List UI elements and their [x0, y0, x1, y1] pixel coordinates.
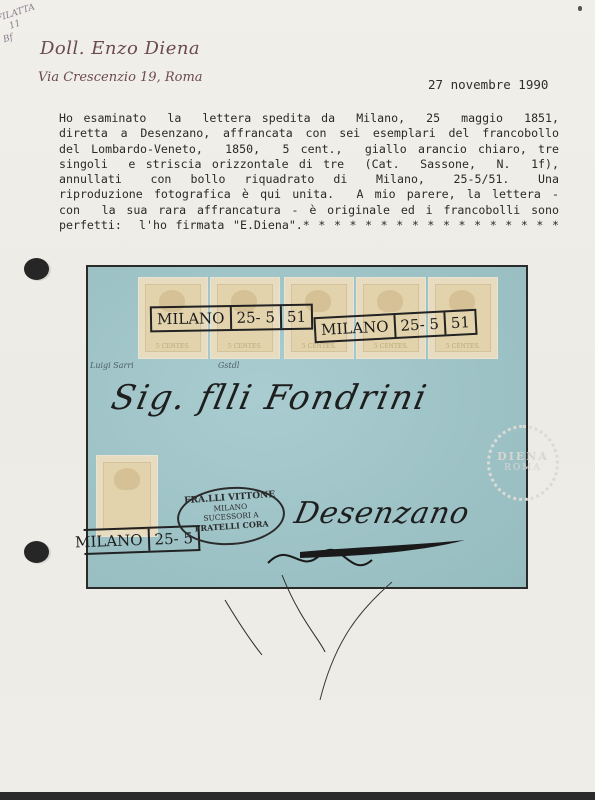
- scan-edge: [0, 792, 595, 800]
- body-line: singoli e striscia orizzontale di tre (C…: [59, 157, 559, 172]
- body-line: Ho esaminato la lettera spedita da Milan…: [59, 111, 559, 126]
- punch-hole-top: [24, 258, 49, 280]
- cover-photo: 5 CENTES. 5 CENTES. 5 CENTES. 5 CENTES. …: [86, 265, 528, 589]
- body-line: annullati con bollo riquadrato di Milano…: [59, 172, 559, 187]
- certificate-page: FILATTA 11 Bf Doll. Enzo Diena Via Cresc…: [0, 0, 595, 792]
- pencil-note-cover: Luigi Sarri: [90, 361, 134, 370]
- letterhead-address: Via Crescenzio 19, Roma: [38, 70, 203, 85]
- body-line: riproduzione fotografica è qui unita. A …: [59, 187, 559, 202]
- pencil-note-cover: Gstdl: [218, 361, 239, 370]
- body-line: diretta a Desenzano, affrancata con sei …: [59, 126, 559, 141]
- corner-mark: [578, 6, 582, 11]
- punch-hole-bottom: [24, 541, 49, 563]
- addressee-script: Sig. flli Fondrini: [108, 378, 432, 418]
- embossed-seal: DIENA ROMA: [487, 425, 559, 501]
- body-line: con la sua rara affrancatura - è origina…: [59, 203, 559, 218]
- certificate-body: Ho esaminato la lettera spedita da Milan…: [59, 111, 559, 233]
- body-line: perfetti: l'ho firmata "E.Diena".* * * *…: [59, 218, 559, 233]
- certificate-date: 27 novembre 1990: [428, 77, 548, 92]
- letterhead-name: Doll. Enzo Diena: [40, 38, 200, 59]
- milano-cancellation: MILANO 25- 5 51: [150, 304, 313, 333]
- body-line: del Lombardo-Veneto, 1850, 5 cent., gial…: [59, 142, 559, 157]
- destination-script: Desenzano: [291, 496, 473, 531]
- stamp: [96, 455, 158, 537]
- pencil-annotation: FILATTA 11 Bf: [0, 4, 45, 63]
